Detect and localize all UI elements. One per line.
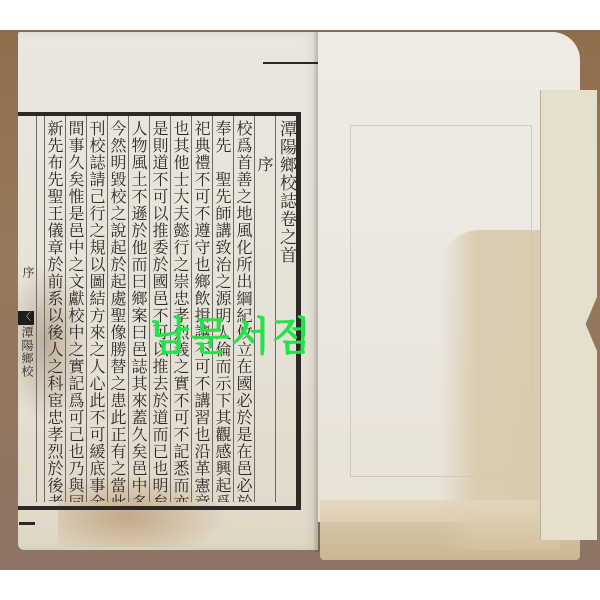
text-column: 刊校誌請己行之規以圖結方來之人心此不可緩底事余老病不聞外 xyxy=(86,116,107,502)
text-column: 人物風土不遜於他而曰鄉案曰邑誌其來蓋久矣邑中多士要余曰方 xyxy=(128,116,149,502)
text-column: 今然明毀校之說起於起處聖像勝替之患此正有之當此時進修文廟 xyxy=(107,116,128,502)
top-rule-line xyxy=(263,62,318,64)
store-watermark: 남문서점 xyxy=(150,305,313,362)
text-column: 新先布先聖王儀章於前系以後人之科宦忠孝烈於後者欲使後進覲 xyxy=(44,116,65,502)
folded-page-edge xyxy=(540,90,597,540)
text-column: 間事久矣惟是邑中之文獻校中之實記爲可己也乃與同志依舊誌增 xyxy=(65,116,86,502)
book-photo: 序 〈 潭陽鄉校 潭陽鄉校誌卷之首 序 校爲首善之地風化所出綱紀攸立在國必於是在… xyxy=(0,30,600,570)
margin-page-mark xyxy=(19,508,35,525)
left-page: 序 〈 潭陽鄉校 潭陽鄉校誌卷之首 序 校爲首善之地風化所出綱紀攸立在國必於是在… xyxy=(18,32,318,550)
